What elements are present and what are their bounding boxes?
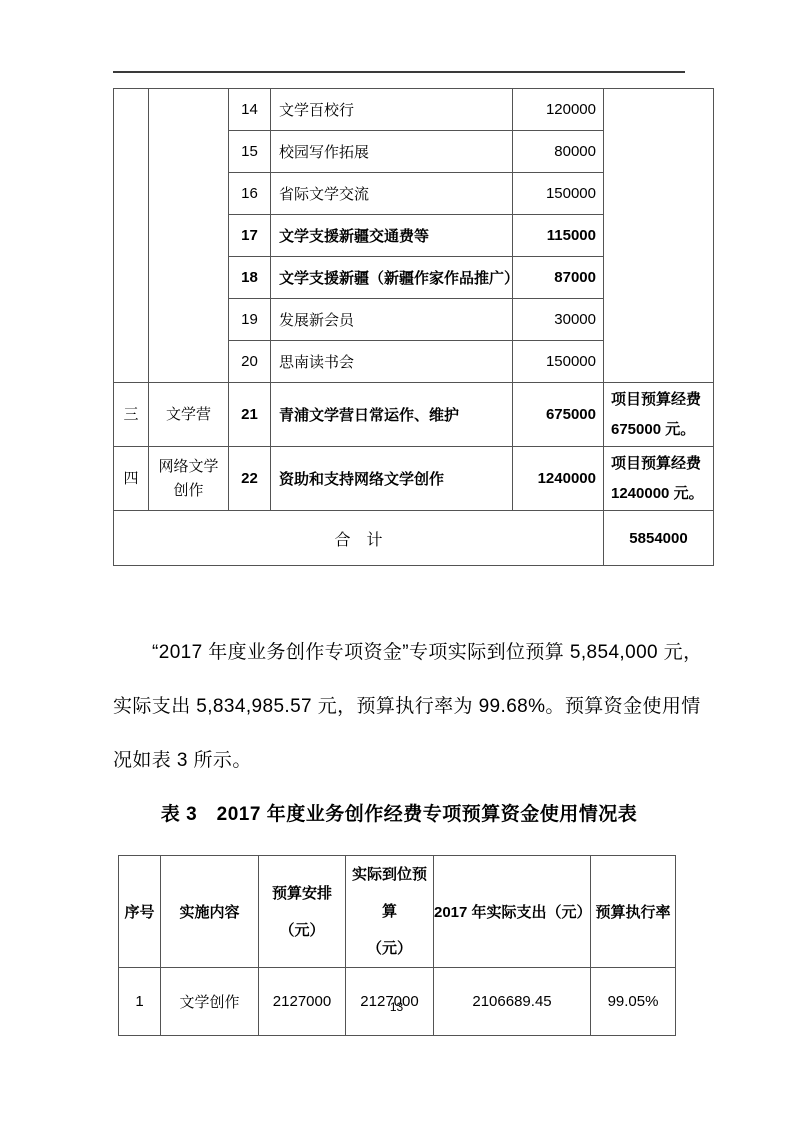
header-seq-cell: 序号	[119, 856, 161, 968]
item-name-cell: 文学百校行	[271, 89, 513, 131]
item-number-cell: 20	[229, 341, 271, 383]
note-cell: 项目预算经费 675000 元。	[604, 383, 714, 447]
header-spent-cell: 2017 年实际支出（元）	[434, 856, 591, 968]
item-number-cell: 17	[229, 215, 271, 257]
header-line: （元）	[259, 912, 345, 949]
item-number-cell: 21	[229, 383, 271, 447]
table3-title: 表 3 2017 年度业务创作经费专项预算资金使用情况表	[113, 799, 685, 826]
header-line: 预算安排	[259, 875, 345, 912]
category-number-cell: 四	[114, 447, 149, 511]
category-name-cell	[149, 89, 229, 383]
item-name-cell: 省际文学交流	[271, 173, 513, 215]
item-amount-cell: 1240000	[513, 447, 604, 511]
note-cell: 项目预算经费 1240000 元。	[604, 447, 714, 511]
item-amount-cell: 675000	[513, 383, 604, 447]
item-number-cell: 18	[229, 257, 271, 299]
item-number-cell: 22	[229, 447, 271, 511]
item-amount-cell: 80000	[513, 131, 604, 173]
document-page: 14 文学百校行 120000 15 校园写作拓展 80000 16 省际文学交…	[0, 0, 793, 1122]
note-line: 项目预算经费	[611, 385, 713, 415]
item-amount-cell: 120000	[513, 89, 604, 131]
category-number-cell: 三	[114, 383, 149, 447]
item-number-cell: 14	[229, 89, 271, 131]
header-rule	[113, 71, 685, 73]
item-number-cell: 15	[229, 131, 271, 173]
note-line: 1240000 元。	[611, 479, 713, 509]
note-cell	[604, 89, 714, 383]
paragraph-line: 实际支出 5,834,985.57 元，预算执行率为 99.68%。预算资金使用…	[113, 680, 693, 734]
item-name-cell: 文学支援新疆（新疆作家作品推广）	[271, 257, 513, 299]
item-amount-cell: 150000	[513, 173, 604, 215]
category-name-line: 创作	[149, 479, 228, 503]
item-name-cell: 资助和支持网络文学创作	[271, 447, 513, 511]
item-name-cell: 发展新会员	[271, 299, 513, 341]
header-line: （元）	[346, 930, 433, 967]
budget-items-table: 14 文学百校行 120000 15 校园写作拓展 80000 16 省际文学交…	[113, 88, 714, 566]
summary-paragraph: “2017 年度业务创作专项资金”专项实际到位预算 5,854,000 元， 实…	[113, 626, 693, 788]
paragraph-line: 况如表 3 所示。	[113, 734, 693, 788]
category-number-cell	[114, 89, 149, 383]
note-line: 675000 元。	[611, 415, 713, 445]
table-row: 三 文学营 21 青浦文学营日常运作、维护 675000 项目预算经费 6750…	[114, 383, 714, 447]
header-budget-cell: 预算安排 （元）	[259, 856, 346, 968]
header-received-cell: 实际到位预算 （元）	[346, 856, 434, 968]
table-header-row: 序号 实施内容 预算安排 （元） 实际到位预算 （元） 2017 年实际支出（元…	[119, 856, 676, 968]
table-total-row: 合 计 5854000	[114, 511, 714, 566]
table-row: 14 文学百校行 120000	[114, 89, 714, 131]
category-name-line: 网络文学	[149, 455, 228, 479]
category-name-line: 文学营	[149, 403, 228, 427]
item-amount-cell: 150000	[513, 341, 604, 383]
item-amount-cell: 115000	[513, 215, 604, 257]
total-label-cell: 合 计	[114, 511, 604, 566]
table-row: 四 网络文学 创作 22 资助和支持网络文学创作 1240000 项目预算经费 …	[114, 447, 714, 511]
paragraph-line: “2017 年度业务创作专项资金”专项实际到位预算 5,854,000 元，	[113, 626, 693, 680]
item-name-cell: 校园写作拓展	[271, 131, 513, 173]
category-name-cell: 文学营	[149, 383, 229, 447]
header-content-cell: 实施内容	[161, 856, 259, 968]
item-amount-cell: 30000	[513, 299, 604, 341]
header-rate-cell: 预算执行率	[591, 856, 676, 968]
item-name-cell: 青浦文学营日常运作、维护	[271, 383, 513, 447]
item-number-cell: 16	[229, 173, 271, 215]
header-line: 实际到位预算	[346, 856, 433, 930]
item-name-cell: 文学支援新疆交通费等	[271, 215, 513, 257]
item-amount-cell: 87000	[513, 257, 604, 299]
category-name-cell: 网络文学 创作	[149, 447, 229, 511]
page-number: 13	[0, 1000, 793, 1014]
item-number-cell: 19	[229, 299, 271, 341]
total-amount-cell: 5854000	[604, 511, 714, 566]
item-name-cell: 思南读书会	[271, 341, 513, 383]
note-line: 项目预算经费	[611, 449, 713, 479]
